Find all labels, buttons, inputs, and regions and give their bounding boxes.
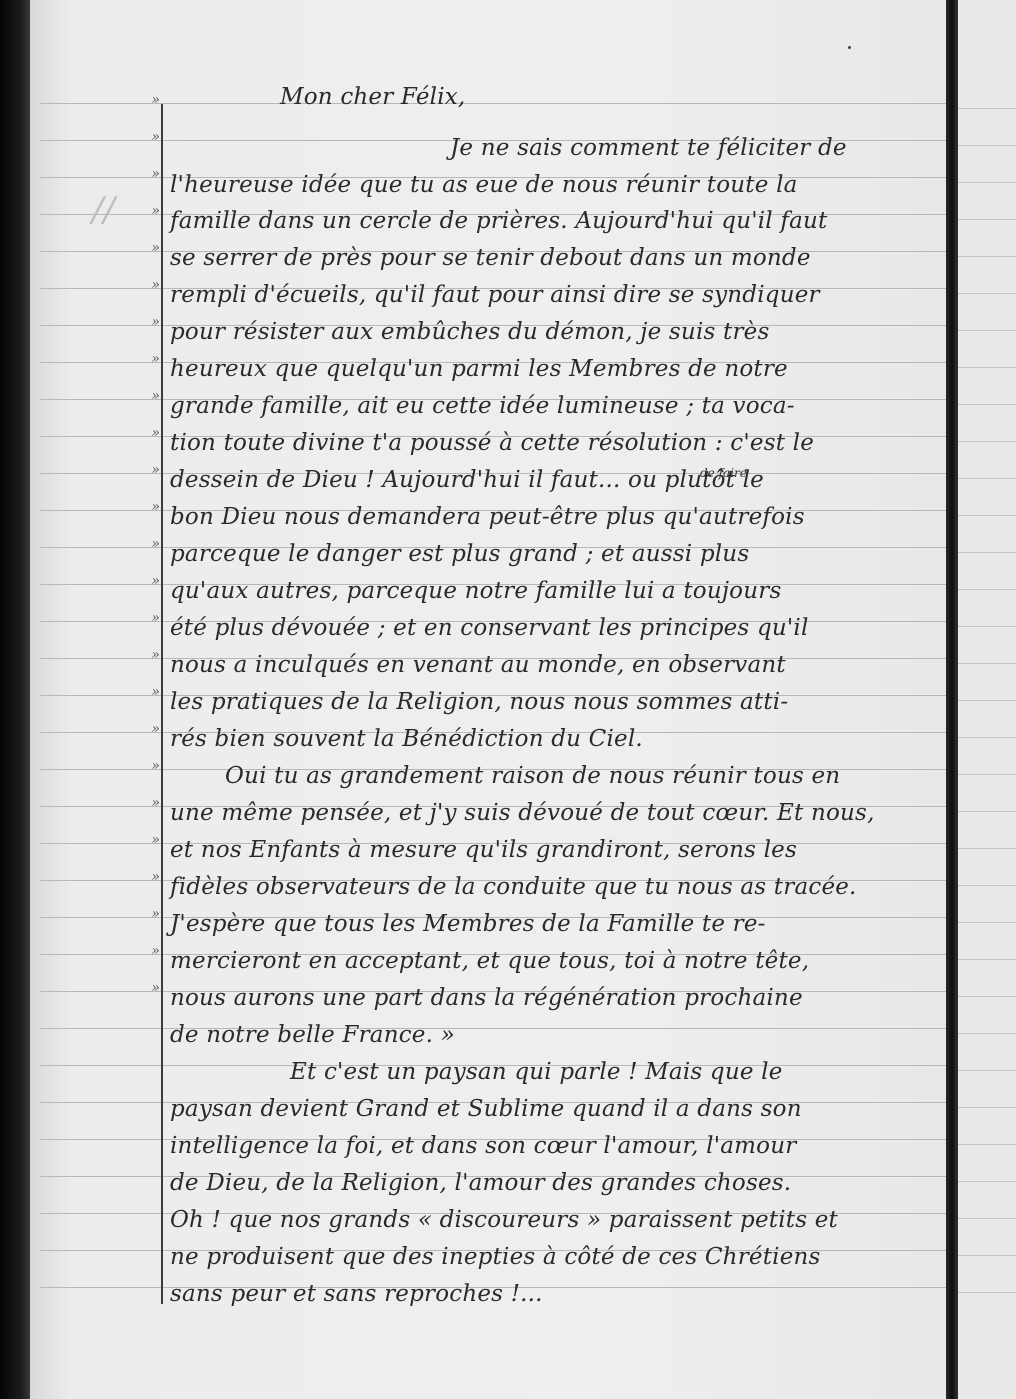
pencil-margin-mark: // bbox=[92, 190, 115, 230]
text-line: nous aurons une part dans la régénératio… bbox=[170, 983, 940, 1013]
text-line: tion toute divine t'a poussé à cette rés… bbox=[170, 428, 940, 458]
ditto-mark: » bbox=[140, 240, 160, 256]
text-line: rempli d'écueils, qu'il faut pour ainsi … bbox=[170, 280, 940, 310]
text-line: J'espère que tous les Membres de la Fami… bbox=[170, 909, 940, 939]
ditto-mark: » bbox=[140, 203, 160, 219]
rule-line bbox=[958, 848, 1016, 849]
ditto-mark: » bbox=[140, 721, 160, 737]
ditto-mark: » bbox=[140, 869, 160, 885]
ditto-mark: » bbox=[140, 610, 160, 626]
text-line: se serrer de près pour se tenir debout d… bbox=[170, 243, 940, 273]
rule-line bbox=[958, 885, 1016, 886]
ditto-mark: » bbox=[140, 129, 160, 145]
page-edge-shadow bbox=[946, 0, 958, 1399]
text-line: rés bien souvent la Bénédiction du Ciel. bbox=[170, 724, 940, 754]
ditto-mark: » bbox=[140, 351, 160, 367]
ditto-mark: » bbox=[140, 166, 160, 182]
ditto-mark: » bbox=[140, 499, 160, 515]
rule-line bbox=[958, 404, 1016, 405]
ditto-mark: » bbox=[140, 92, 160, 108]
text-line: ne produisent que des inepties à côté de… bbox=[170, 1242, 940, 1272]
rule-line bbox=[958, 182, 1016, 183]
rule-line bbox=[958, 478, 1016, 479]
rule-line bbox=[958, 700, 1016, 701]
ditto-mark: » bbox=[140, 647, 160, 663]
rule-line bbox=[958, 1218, 1016, 1219]
ditto-mark: » bbox=[140, 906, 160, 922]
rule-line bbox=[958, 996, 1016, 997]
ditto-mark: » bbox=[140, 573, 160, 589]
text-line: et nos Enfants à mesure qu'ils grandiron… bbox=[170, 835, 940, 865]
ditto-mark: » bbox=[140, 536, 160, 552]
ditto-mark: » bbox=[140, 758, 160, 774]
ditto-mark: » bbox=[140, 980, 160, 996]
ditto-mark: » bbox=[140, 425, 160, 441]
rule-line bbox=[958, 552, 1016, 553]
rule-line bbox=[958, 515, 1016, 516]
rule-line bbox=[958, 1292, 1016, 1293]
text-line: Oh ! que nos grands « discoureurs » para… bbox=[170, 1205, 940, 1235]
ink-speck bbox=[848, 46, 851, 49]
text-line: sans peur et sans reproches !... bbox=[170, 1279, 940, 1309]
text-line: Oui tu as grandement raison de nous réun… bbox=[225, 761, 995, 791]
ditto-mark: » bbox=[140, 388, 160, 404]
text-line: bon Dieu nous demandera peut-être plus q… bbox=[170, 502, 940, 532]
rule-line bbox=[958, 811, 1016, 812]
ditto-mark: » bbox=[140, 684, 160, 700]
text-line: de Dieu, de la Religion, l'amour des gra… bbox=[170, 1168, 940, 1198]
rule-line bbox=[958, 330, 1016, 331]
text-line: heureux que quelqu'un parmi les Membres … bbox=[170, 354, 940, 384]
text-line: mercieront en acceptant, et que tous, to… bbox=[170, 946, 940, 976]
book-binding bbox=[0, 0, 30, 1399]
rule-line bbox=[958, 663, 1016, 664]
ditto-mark: » bbox=[140, 795, 160, 811]
text-line: de notre belle France. » bbox=[170, 1020, 940, 1050]
underlying-page bbox=[958, 0, 1016, 1399]
interlinear-insertion: de faire bbox=[700, 466, 747, 480]
text-line: famille dans un cercle de prières. Aujou… bbox=[170, 206, 940, 236]
text-line: été plus dévouée ; et en conservant les … bbox=[170, 613, 940, 643]
text-line: paysan devient Grand et Sublime quand il… bbox=[170, 1094, 940, 1124]
text-line: pour résister aux embûches du démon, je … bbox=[170, 317, 940, 347]
text-line: nous a inculqués en venant au monde, en … bbox=[170, 650, 940, 680]
text-line: qu'aux autres, parceque notre famille lu… bbox=[170, 576, 940, 606]
rule-line bbox=[958, 922, 1016, 923]
rule-line bbox=[958, 1033, 1016, 1034]
ditto-mark: » bbox=[140, 943, 160, 959]
text-line: les pratiques de la Religion, nous nous … bbox=[170, 687, 940, 717]
rule-line bbox=[958, 1144, 1016, 1145]
rule-line bbox=[958, 737, 1016, 738]
margin-rule bbox=[161, 104, 163, 1304]
rule-line bbox=[958, 589, 1016, 590]
text-line: fidèles observateurs de la conduite que … bbox=[170, 872, 940, 902]
rule-line bbox=[958, 1181, 1016, 1182]
ditto-mark: » bbox=[140, 314, 160, 330]
rule-line bbox=[958, 1255, 1016, 1256]
ditto-mark: » bbox=[140, 832, 160, 848]
text-line: grande famille, ait eu cette idée lumine… bbox=[170, 391, 940, 421]
rule-line bbox=[958, 256, 1016, 257]
salutation: Mon cher Félix, bbox=[280, 82, 1016, 112]
rule-line bbox=[958, 293, 1016, 294]
text-line: parceque le danger est plus grand ; et a… bbox=[170, 539, 940, 569]
rule-line bbox=[958, 441, 1016, 442]
ditto-mark: » bbox=[140, 277, 160, 293]
rule-line bbox=[958, 959, 1016, 960]
text-line: une même pensée, et j'y suis dévoué de t… bbox=[170, 798, 940, 828]
text-line: Et c'est un paysan qui parle ! Mais que … bbox=[290, 1057, 1016, 1087]
rule-line bbox=[958, 1107, 1016, 1108]
rule-line bbox=[958, 219, 1016, 220]
rule-line bbox=[958, 626, 1016, 627]
text-line: l'heureuse idée que tu as eue de nous ré… bbox=[170, 170, 940, 200]
ditto-mark: » bbox=[140, 462, 160, 478]
text-line: Je ne sais comment te féliciter de bbox=[450, 133, 1016, 163]
text-line: intelligence la foi, et dans son cœur l'… bbox=[170, 1131, 940, 1161]
rule-line bbox=[958, 367, 1016, 368]
text-line: dessein de Dieu ! Aujourd'hui il faut...… bbox=[170, 465, 940, 495]
